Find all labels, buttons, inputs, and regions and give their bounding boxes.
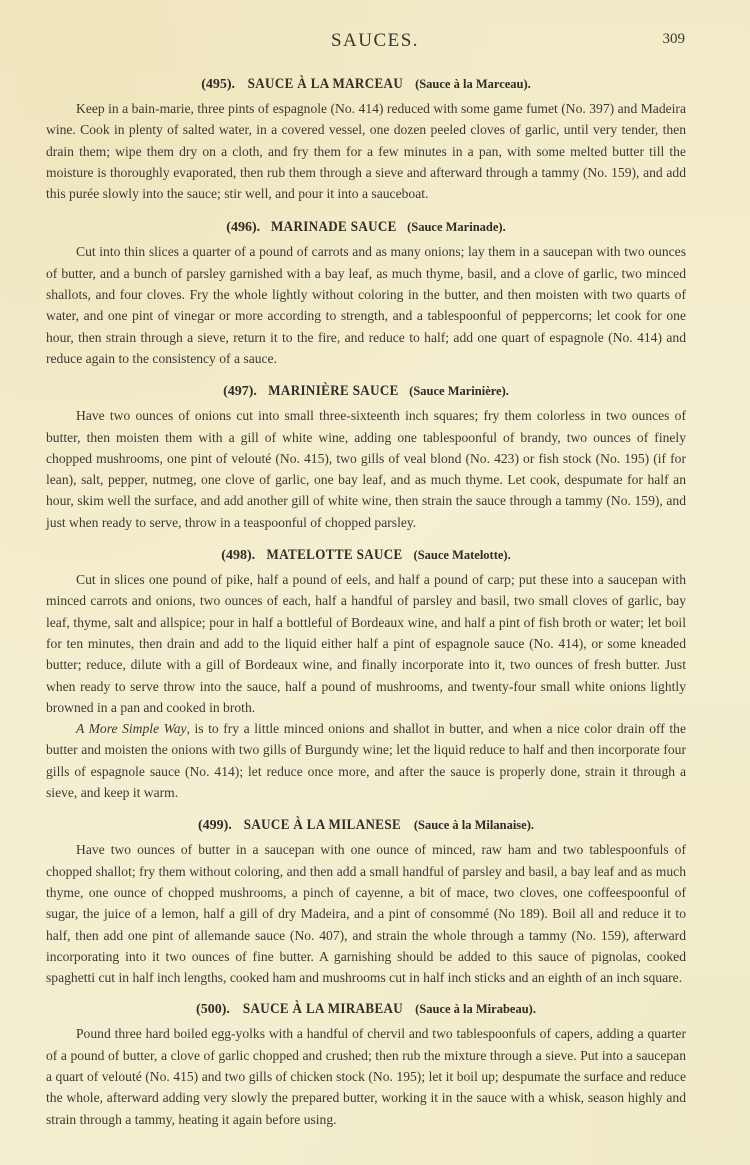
page-number: 309: [663, 31, 686, 48]
recipe-number: (500).: [196, 1002, 230, 1017]
running-title: SAUCES.: [0, 30, 750, 52]
recipe-name: MATELOTTE SAUCE: [266, 545, 402, 565]
recipe-french-name: (Sauce à la Mirabeau).: [415, 1002, 536, 1016]
recipe-495: (495). SAUCE À LA MARCEAU (Sauce à la Ma…: [46, 74, 686, 204]
recipe-variant-paragraph: A More Simple Way, is to fry a little mi…: [46, 718, 686, 803]
recipe-name: SAUCE À LA MARCEAU: [247, 74, 402, 94]
recipe-paragraph: Pound three hard boiled egg-yolks with a…: [46, 1023, 686, 1129]
recipe-name: MARINADE SAUCE: [271, 217, 397, 237]
recipe-number: (499).: [198, 818, 232, 833]
recipe-name: MARINIÈRE SAUCE: [268, 381, 398, 401]
recipe-497: (497). MARINIÈRE SAUCE (Sauce Marinière)…: [46, 381, 686, 533]
recipe-french-name: (Sauce à la Milanaise).: [414, 818, 534, 832]
recipe-title: (497). MARINIÈRE SAUCE (Sauce Marinière)…: [46, 381, 686, 402]
recipe-paragraph: Have two ounces of onions cut into small…: [46, 405, 686, 533]
running-head: SAUCES. 309: [0, 30, 750, 54]
recipe-496: (496). MARINADE SAUCE (Sauce Marinade). …: [46, 217, 686, 369]
page-content: (495). SAUCE À LA MARCEAU (Sauce à la Ma…: [46, 74, 686, 1130]
recipe-name: SAUCE À LA MIRABEAU: [242, 999, 402, 1019]
recipe-title: (498). MATELOTTE SAUCE (Sauce Matelotte)…: [46, 545, 686, 566]
recipe-paragraph: Cut in slices one pound of pike, half a …: [46, 569, 686, 718]
recipe-500: (500). SAUCE À LA MIRABEAU (Sauce à la M…: [46, 999, 686, 1129]
recipe-499: (499). SAUCE À LA MILANESE (Sauce à la M…: [46, 815, 686, 988]
book-page: SAUCES. 309 (495). SAUCE À LA MARCEAU (S…: [0, 0, 750, 1165]
recipe-number: (495).: [201, 77, 235, 92]
recipe-name: SAUCE À LA MILANESE: [244, 815, 401, 835]
variant-label: A More Simple Way: [76, 721, 187, 736]
recipe-french-name: (Sauce Marinade).: [407, 220, 506, 234]
recipe-number: (498).: [221, 548, 255, 563]
recipe-paragraph: Keep in a bain-marie, three pints of esp…: [46, 98, 686, 204]
recipe-title: (499). SAUCE À LA MILANESE (Sauce à la M…: [46, 815, 686, 836]
recipe-title: (495). SAUCE À LA MARCEAU (Sauce à la Ma…: [46, 74, 686, 95]
recipe-number: (496).: [226, 220, 260, 235]
recipe-french-name: (Sauce à la Marceau).: [415, 77, 531, 91]
recipe-french-name: (Sauce Marinière).: [409, 384, 509, 398]
recipe-french-name: (Sauce Matelotte).: [414, 548, 511, 562]
recipe-title: (496). MARINADE SAUCE (Sauce Marinade).: [46, 217, 686, 238]
recipe-paragraph: Have two ounces of butter in a saucepan …: [46, 839, 686, 988]
recipe-498: (498). MATELOTTE SAUCE (Sauce Matelotte)…: [46, 545, 686, 803]
recipe-title: (500). SAUCE À LA MIRABEAU (Sauce à la M…: [46, 999, 686, 1020]
recipe-number: (497).: [223, 384, 257, 399]
recipe-paragraph: Cut into thin slices a quarter of a poun…: [46, 241, 686, 369]
